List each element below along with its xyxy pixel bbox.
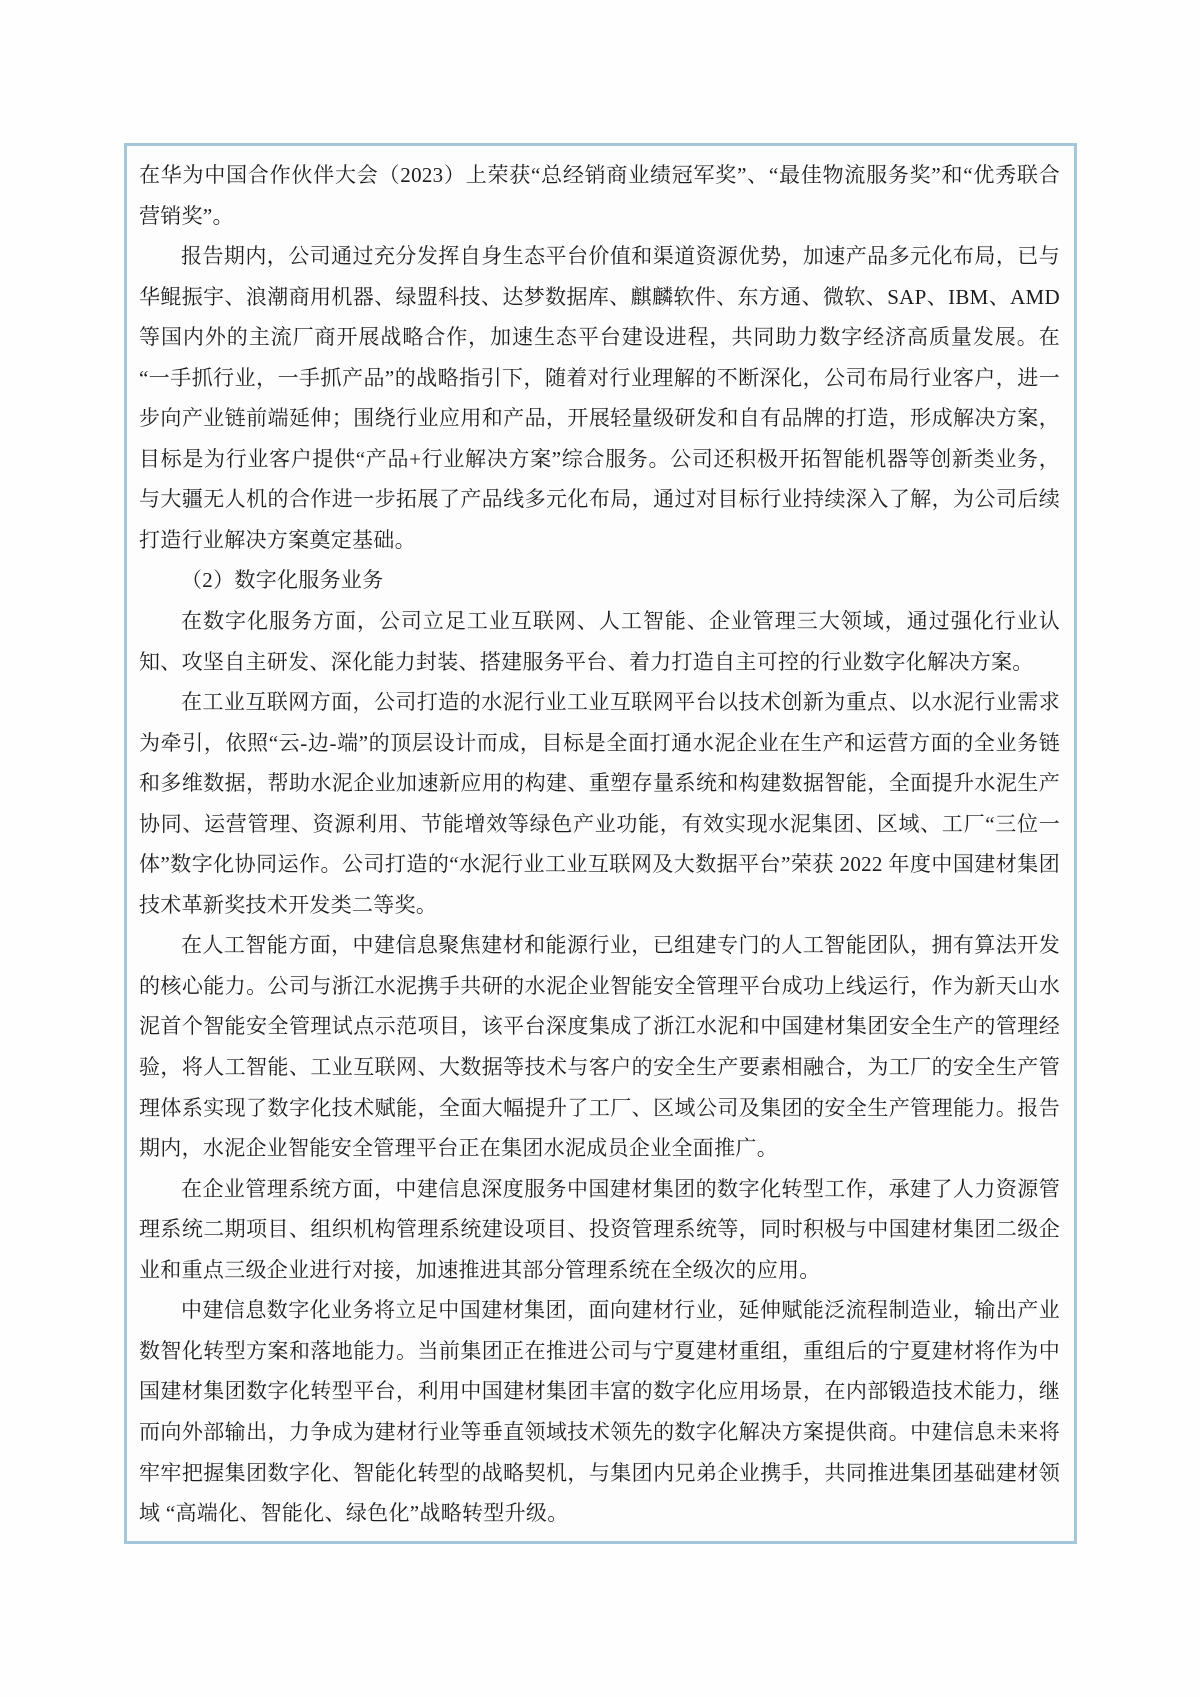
paragraph-future-outlook: 中建信息数字化业务将立足中国建材集团，面向建材行业，延伸赋能泛流程制造业，输出产… — [139, 1290, 1060, 1533]
paragraph-artificial-intelligence: 在人工智能方面，中建信息聚焦建材和能源行业，已组建专门的人工智能团队，拥有算法开… — [139, 925, 1060, 1168]
paragraph-enterprise-management: 在企业管理系统方面，中建信息深度服务中国建材集团的数字化转型工作，承建了人力资源… — [139, 1169, 1060, 1291]
bordered-text-box: 在华为中国合作伙伴大会（2023）上荣获“总经销商业绩冠军奖”、“最佳物流服务奖… — [124, 143, 1077, 1544]
paragraph-digital-service-overview: 在数字化服务方面，公司立足工业互联网、人工智能、企业管理三大领域，通过强化行业认… — [139, 601, 1060, 682]
paragraph-industrial-internet: 在工业互联网方面，公司打造的水泥行业工业互联网平台以技术创新为重点、以水泥行业需… — [139, 682, 1060, 925]
paragraph-ecosystem-partners: 报告期内，公司通过充分发挥自身生态平台价值和渠道资源优势，加速产品多元化布局，已… — [139, 236, 1060, 560]
document-page: 在华为中国合作伙伴大会（2023）上荣获“总经销商业绩冠军奖”、“最佳物流服务奖… — [0, 0, 1200, 1697]
heading-digital-service-business: （2）数字化服务业务 — [139, 560, 1060, 601]
paragraph-huawei-awards: 在华为中国合作伙伴大会（2023）上荣获“总经销商业绩冠军奖”、“最佳物流服务奖… — [139, 155, 1060, 236]
